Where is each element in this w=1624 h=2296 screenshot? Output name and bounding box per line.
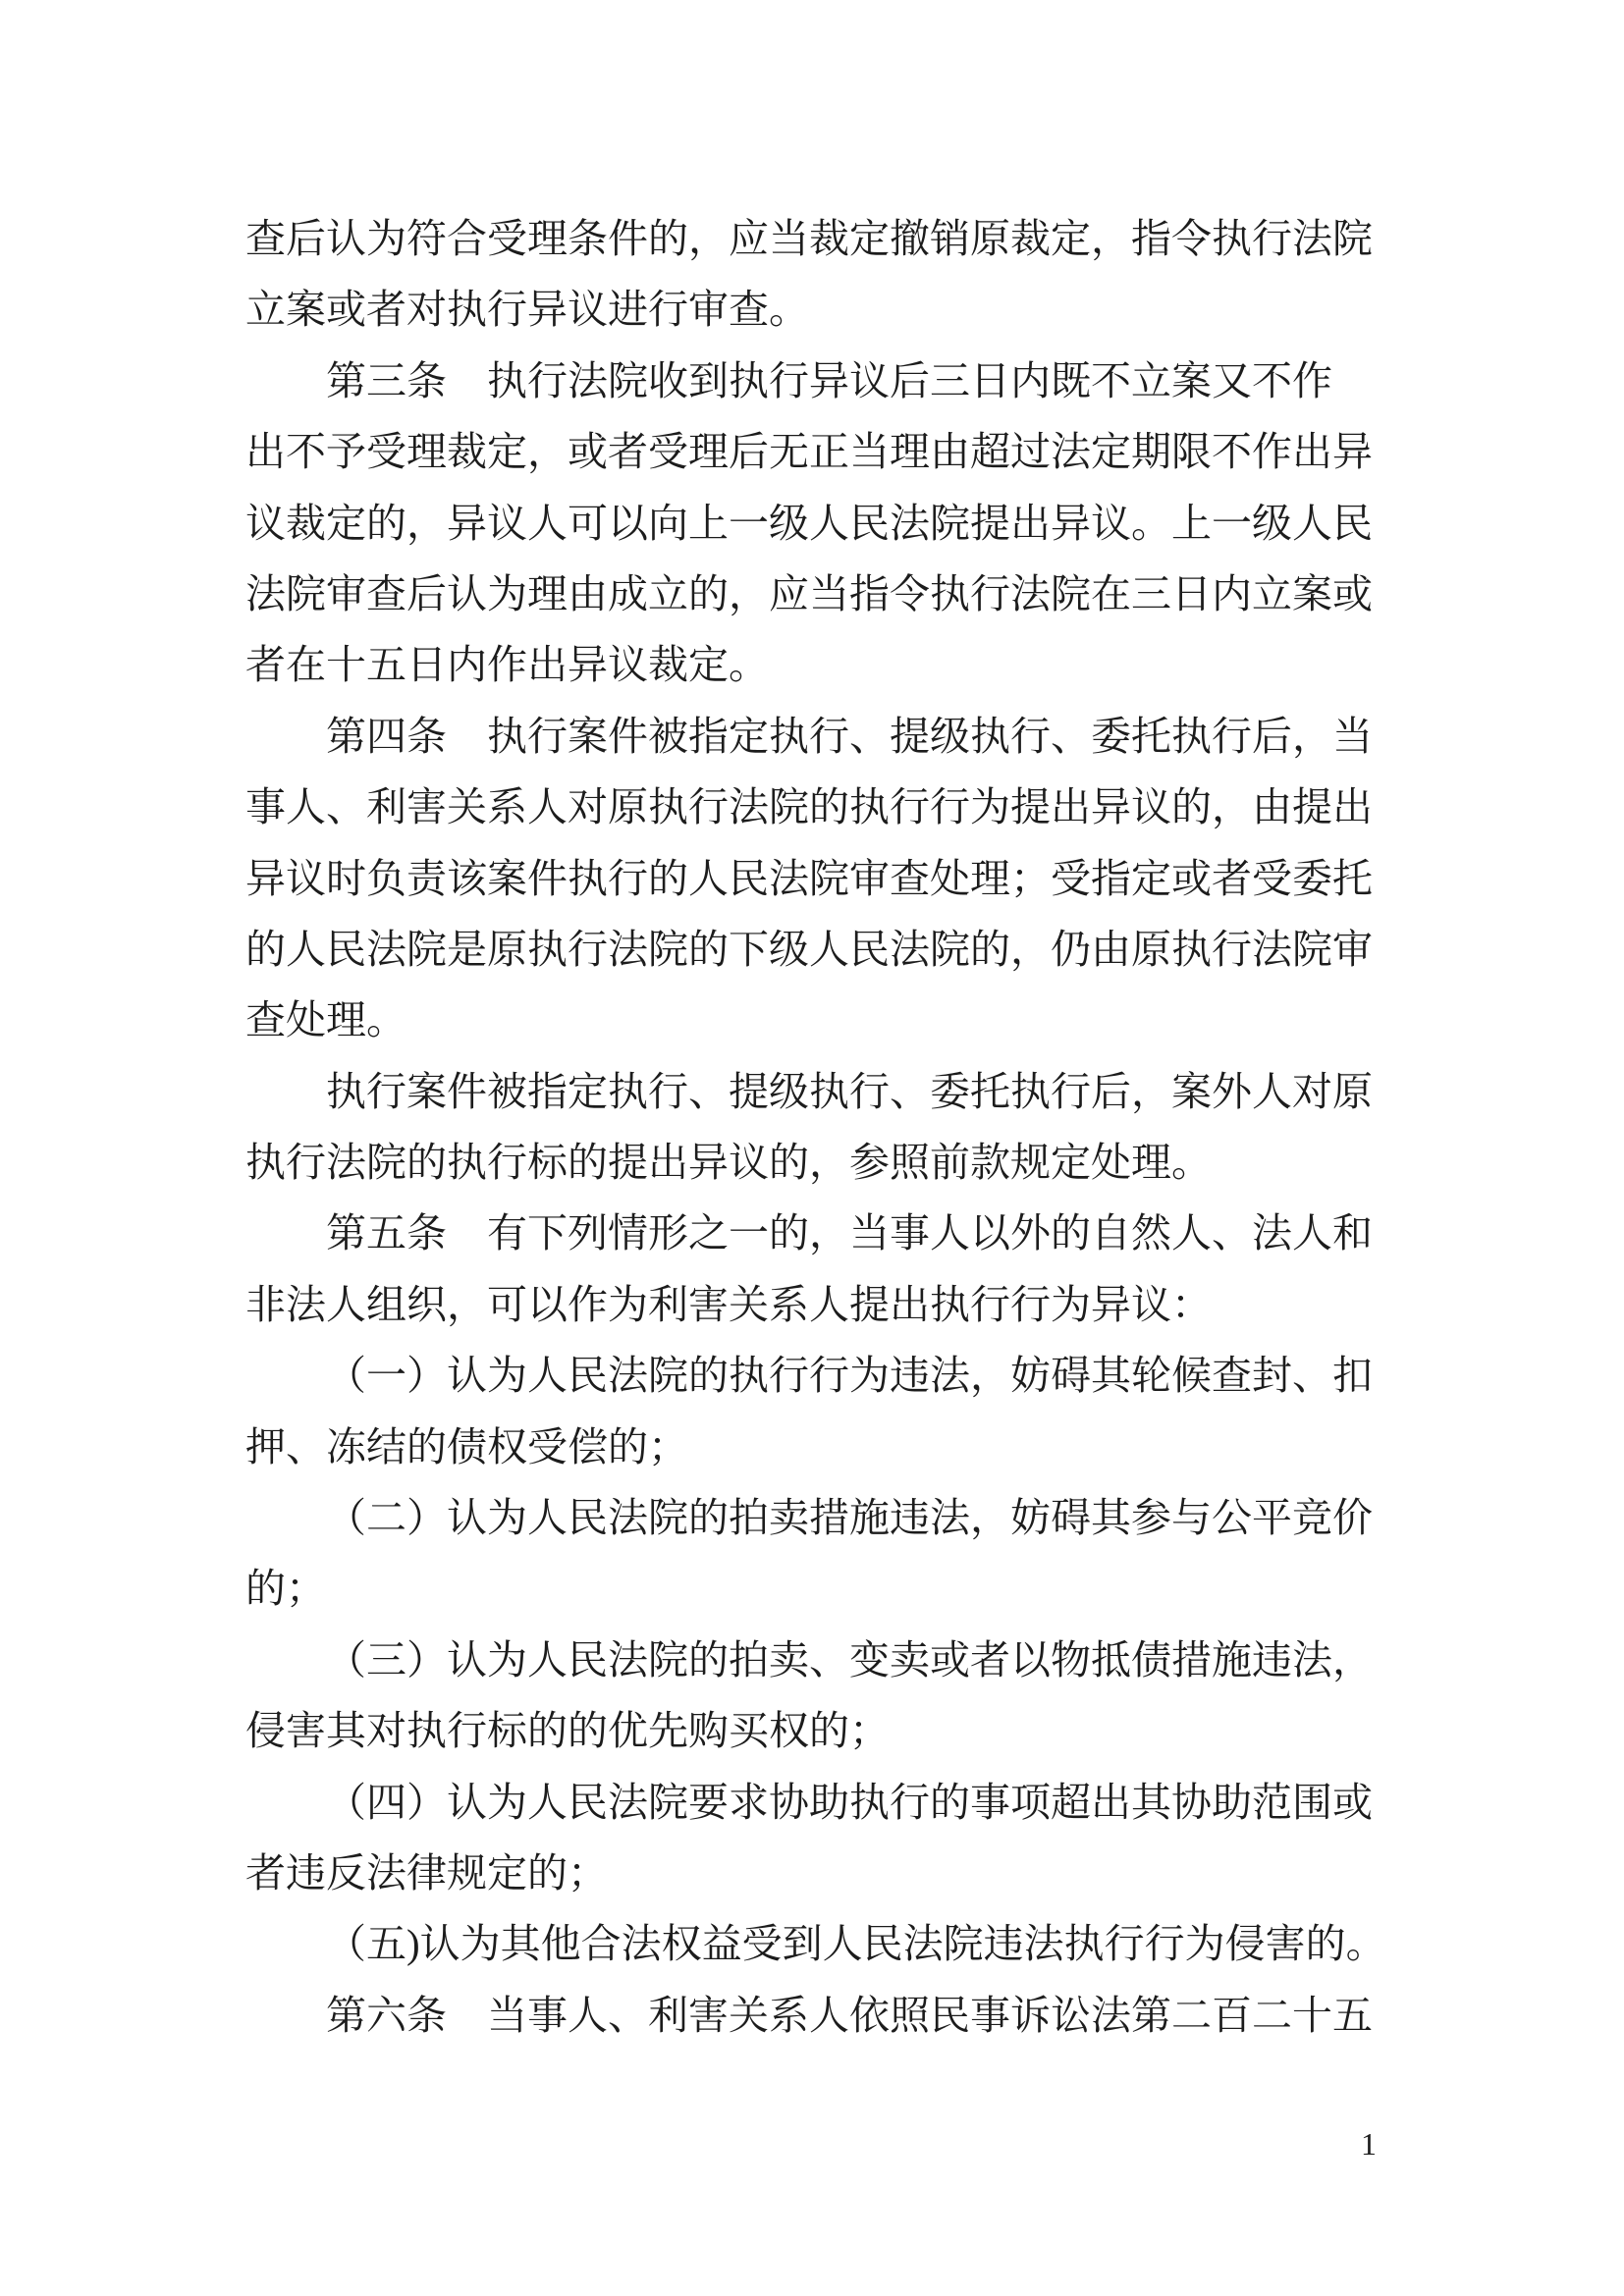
text-line: 侵害其对执行标的的优先购买权的；	[245, 1695, 1377, 1766]
text-line: 查处理。	[245, 985, 1377, 1055]
text-line: 立案或者对执行异议进行审查。	[245, 274, 1377, 345]
document-page: 查后认为符合受理条件的，应当裁定撤销原裁定，指令执行法院立案或者对执行异议进行审…	[0, 0, 1624, 2296]
text-line: 第四条 执行案件被指定执行、提级执行、委托执行后，当	[245, 701, 1377, 772]
text-line: 出不予受理裁定，或者受理后无正当理由超过法定期限不作出异	[245, 416, 1377, 487]
text-line: 异议时负责该案件执行的人民法院审查处理；受指定或者受委托	[245, 843, 1377, 914]
text-line: （三）认为人民法院的拍卖、变卖或者以物抵债措施违法，	[245, 1625, 1377, 1695]
text-line: 查后认为符合受理条件的，应当裁定撤销原裁定，指令执行法院	[245, 203, 1377, 274]
text-block: 查后认为符合受理条件的，应当裁定撤销原裁定，指令执行法院立案或者对执行异议进行审…	[245, 203, 1377, 2051]
text-line: 执行法院的执行标的提出异议的，参照前款规定处理。	[245, 1127, 1377, 1198]
text-line: 非法人组织，可以作为利害关系人提出执行行为异议：	[245, 1269, 1377, 1340]
text-line: 的人民法院是原执行法院的下级人民法院的，仍由原执行法院审	[245, 914, 1377, 985]
text-line: （四）认为人民法院要求协助执行的事项超出其协助范围或	[245, 1767, 1377, 1838]
text-line: （五)认为其他合法权益受到人民法院违法执行行为侵害的。	[245, 1908, 1377, 1979]
text-line: 事人、利害关系人对原执行法院的执行行为提出异议的，由提出	[245, 772, 1377, 842]
text-line: 的；	[245, 1553, 1377, 1624]
text-line: （二）认为人民法院的拍卖措施违法，妨碍其参与公平竞价	[245, 1482, 1377, 1553]
text-line: 第三条 执行法院收到执行异议后三日内既不立案又不作	[245, 346, 1377, 416]
text-line: 议裁定的，异议人可以向上一级人民法院提出异议。上一级人民	[245, 488, 1377, 559]
text-line: 押、冻结的债权受偿的；	[245, 1412, 1377, 1482]
page-number: 1	[245, 2124, 1377, 2163]
text-line: 者违反法律规定的；	[245, 1838, 1377, 1908]
text-line: （一）认为人民法院的执行行为违法，妨碍其轮候查封、扣	[245, 1340, 1377, 1411]
text-line: 者在十五日内作出异议裁定。	[245, 629, 1377, 700]
text-line: 执行案件被指定执行、提级执行、委托执行后，案外人对原	[245, 1056, 1377, 1127]
text-line: 第六条 当事人、利害关系人依照民事诉讼法第二百二十五	[245, 1980, 1377, 2051]
text-line: 第五条 有下列情形之一的，当事人以外的自然人、法人和	[245, 1198, 1377, 1268]
text-line: 法院审查后认为理由成立的，应当指令执行法院在三日内立案或	[245, 559, 1377, 629]
